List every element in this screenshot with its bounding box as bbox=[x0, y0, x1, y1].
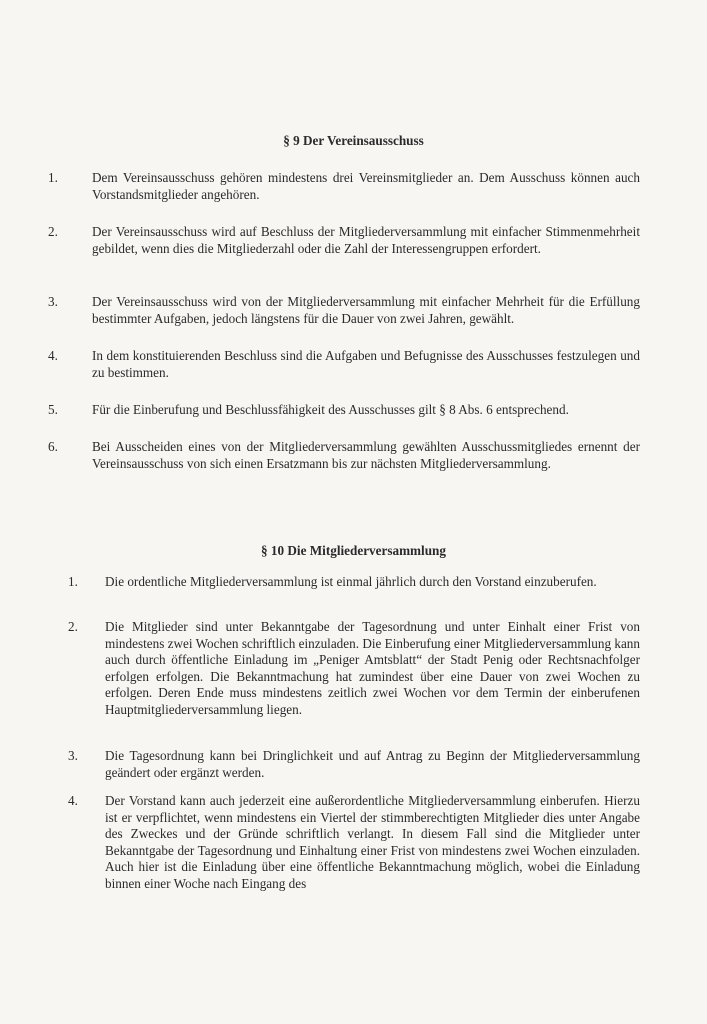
item-number: 2. bbox=[68, 619, 78, 636]
item-number: 1. bbox=[68, 574, 78, 591]
item-number: 6. bbox=[48, 439, 58, 456]
item-text: Für die Einberufung und Beschlussfähigke… bbox=[92, 402, 640, 419]
item-number: 1. bbox=[48, 170, 58, 187]
item-number: 5. bbox=[48, 402, 58, 419]
item-text: Der Vorstand kann auch jederzeit eine au… bbox=[105, 793, 640, 893]
item-text: Die ordentliche Mitgliederversammlung is… bbox=[105, 574, 640, 591]
item-number: 2. bbox=[48, 224, 58, 241]
item-text: Der Vereinsausschuss wird von der Mitgli… bbox=[92, 294, 640, 327]
item-text: Der Vereinsausschuss wird auf Beschluss … bbox=[92, 224, 640, 257]
section-10-heading: § 10 Die Mitgliederversammlung bbox=[0, 543, 707, 560]
item-text: Die Tagesordnung kann bei Dringlichkeit … bbox=[105, 748, 640, 781]
item-text: Die Mitglieder sind unter Bekanntgabe de… bbox=[105, 619, 640, 719]
item-number: 3. bbox=[48, 294, 58, 311]
item-text: In dem konstituierenden Beschluss sind d… bbox=[92, 348, 640, 381]
item-text: Dem Vereinsausschuss gehören mindestens … bbox=[92, 170, 640, 203]
item-number: 3. bbox=[68, 748, 78, 765]
item-number: 4. bbox=[68, 793, 78, 810]
item-number: 4. bbox=[48, 348, 58, 365]
section-9-heading: § 9 Der Vereinsausschuss bbox=[0, 133, 707, 150]
item-text: Bei Ausscheiden eines von der Mitglieder… bbox=[92, 439, 640, 472]
